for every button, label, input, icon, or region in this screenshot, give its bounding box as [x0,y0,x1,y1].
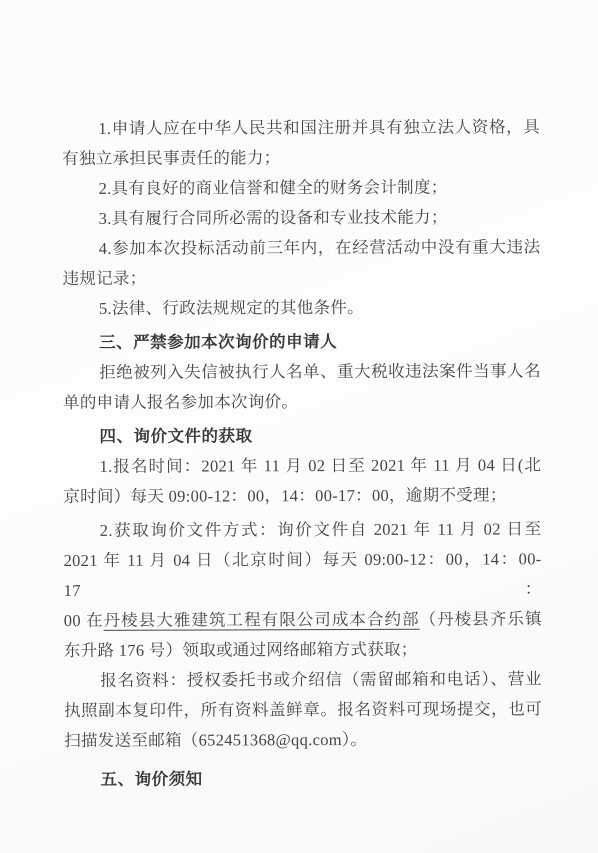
section-heading-inquiry-notes: 五、询价须知 [64,763,542,795]
scanned-document-page: 1.申请人应在中华人民共和国注册并具有独立法人资格，具 有独立承担民事责任的能力… [0,0,598,853]
section-heading-document-acquisition: 四、询价文件的获取 [63,420,541,452]
registration-materials-line: 扫描发送至邮箱（652451368@qq.com）。 [64,724,542,756]
address-suffix: （丹棱县齐乐镇 [420,609,542,628]
registration-time-line: 京时间）每天 09:00-12：00，14：00-17：00，逾期不受理； [63,480,541,512]
company-name-underlined: 丹棱县大雅建筑工程有限公司成本合约部 [104,610,420,630]
qualification-clause-line: 1.申请人应在中华人民共和国注册并具有独立法人资格，具 [62,112,540,144]
acquisition-method-line: 东升路 176 号）领取或通过网络邮箱方式获取； [64,634,542,666]
registration-materials-line: 执照副本复印件，所有资料盖鲜章。报名资料可现场提交，也可 [64,694,542,726]
registration-materials-line: 报名资料：授权委托书或介绍信（需留邮箱和电话）、营业 [64,664,542,696]
registration-time-line: 1.报名时间：2021 年 11 月 02 日至 2021 年 11 月 04 … [63,450,541,482]
qualification-clause-line: 2.具有良好的商业信誉和健全的财务会计制度； [62,172,540,204]
qualification-clause-line: 3.具有履行合同所必需的设备和专业技术能力； [62,202,540,234]
qualification-clause-line: 有独立承担民事责任的能力； [62,142,540,174]
section-heading-prohibited-applicants: 三、严禁参加本次询价的申请人 [63,326,541,358]
qualification-clause-line: 4.参加本次投标活动前三年内，在经营活动中没有重大违法 [62,232,540,264]
address-prefix: 00 在 [64,611,104,630]
qualification-clause-line: 违规记录； [63,262,541,294]
acquisition-method-line: 00 在丹棱县大雅建筑工程有限公司成本合约部（丹棱县齐乐镇 [64,604,542,636]
acquisition-method-line: 2021 年 11 月 04 日（北京时间）每天 09:00-12：00，14：… [64,544,542,606]
acquisition-method-line: 2.获取询价文件方式：询价文件自 2021 年 11 月 02 日至 [63,514,541,546]
qualification-clause-line: 5.法律、行政法规规定的其他条件。 [63,292,541,324]
prohibited-applicants-line: 拒绝被列入失信被执行人名单、重大税收违法案件当事人名 [63,356,541,388]
prohibited-applicants-line: 单的申请人报名参加本次询价。 [63,386,541,418]
document-text-block: 1.申请人应在中华人民共和国注册并具有独立法人资格，具 有独立承担民事责任的能力… [62,112,542,795]
